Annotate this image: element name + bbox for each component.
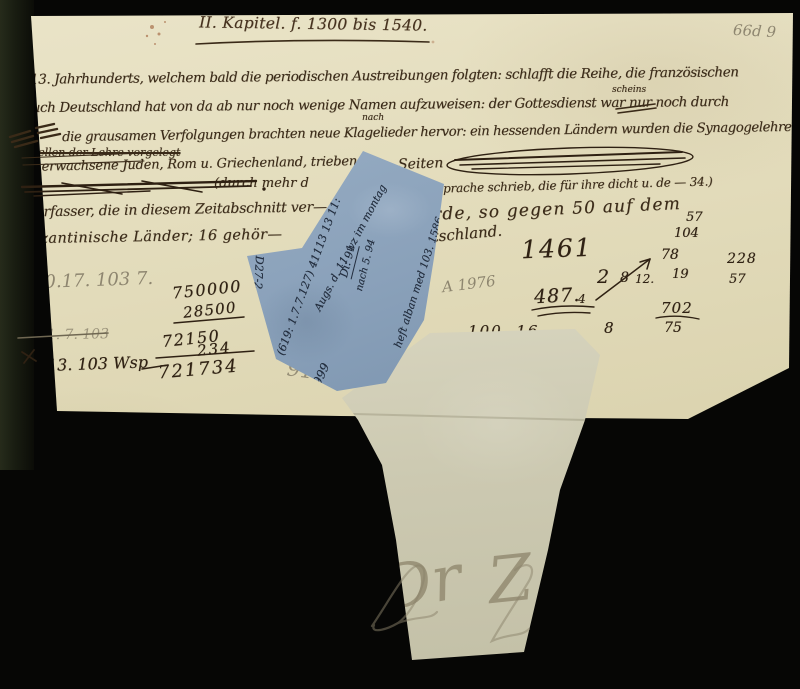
handwriting-struck-phrase: Quellen der Lehre vorgelegt: [22, 147, 180, 158]
chapter-title: II. Kapitel. f. 1300 bis 1540.: [199, 15, 428, 34]
reference-number-left: 10.17. 103 7.: [33, 270, 154, 292]
signature-flourish-z: Z: [485, 546, 536, 614]
handwriting-line-5b: sprache schrieb, die für ihre dicht u. d…: [437, 175, 713, 194]
interline-insert-nach: nach: [362, 114, 384, 123]
number-487: 487.: [534, 286, 581, 307]
handwriting-line-7a: byzantinische Länder; 16 gehör—: [22, 228, 283, 247]
number-57: 57: [729, 273, 746, 286]
right-top-number-a: 57: [686, 211, 703, 224]
handwriting-line-5a: (durch mehr d: [214, 177, 309, 190]
number-228: 228: [727, 252, 757, 266]
number-78: 78: [661, 248, 679, 262]
right-top-number-b: 104: [674, 227, 699, 240]
photographed-manuscript-page: II. Kapitel. f. 1300 bis 1540. 66d 9 13.…: [0, 0, 800, 689]
interline-insert-scheins: scheins: [612, 86, 646, 95]
fraction-numerator: 702: [661, 301, 693, 316]
archive-corner-mark: 66d 9: [733, 23, 777, 40]
slip-crease-line: [330, 412, 610, 421]
number-seq-12: 12.: [635, 273, 654, 285]
fraction-denominator: 75: [664, 321, 682, 335]
addition-sum: 721734: [157, 358, 239, 383]
year-number: 1461: [521, 235, 593, 262]
number-4-below: 4: [578, 293, 586, 305]
number-small-8: 8: [604, 321, 614, 336]
signature-flourish-d: Dr: [377, 546, 466, 621]
slip-line-3: Di: 91: [338, 243, 360, 279]
handwriting-line-6a: er Verfasser, die in diesem Zeitabschnit…: [8, 200, 327, 220]
binding-gutter-shadow: [0, 0, 34, 470]
number-seq-19: 19: [672, 268, 689, 281]
pencil-note-a1976: A 1976: [441, 274, 496, 295]
addition-row-2: 28500: [182, 300, 237, 321]
number-seq-8: 8: [620, 271, 629, 285]
handwriting-line-6b: wurde, so gegen 50 auf dem: [405, 196, 682, 225]
handwriting-line-3: die grausamen Verfolgungen brachten neue…: [62, 121, 792, 144]
number-seq-2: 2: [597, 268, 609, 287]
